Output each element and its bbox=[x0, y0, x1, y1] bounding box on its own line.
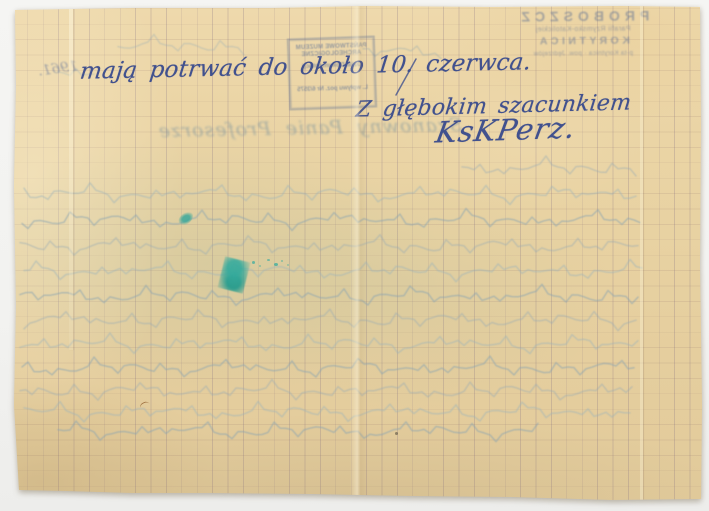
center-fold-crease bbox=[350, 5, 368, 502]
letter-paper: PROBOSZCZ Parafii Rzymsko-Katolickiej KO… bbox=[12, 5, 702, 502]
paper-shadow-wrap: PROBOSZCZ Parafii Rzymsko-Katolickiej KO… bbox=[0, 0, 709, 511]
right-crease bbox=[640, 5, 643, 502]
handwriting-signature: KsKPerz. bbox=[433, 110, 579, 149]
scanned-letter: PROBOSZCZ Parafii Rzymsko-Katolickiej KO… bbox=[0, 0, 709, 511]
left-crease bbox=[69, 5, 73, 350]
